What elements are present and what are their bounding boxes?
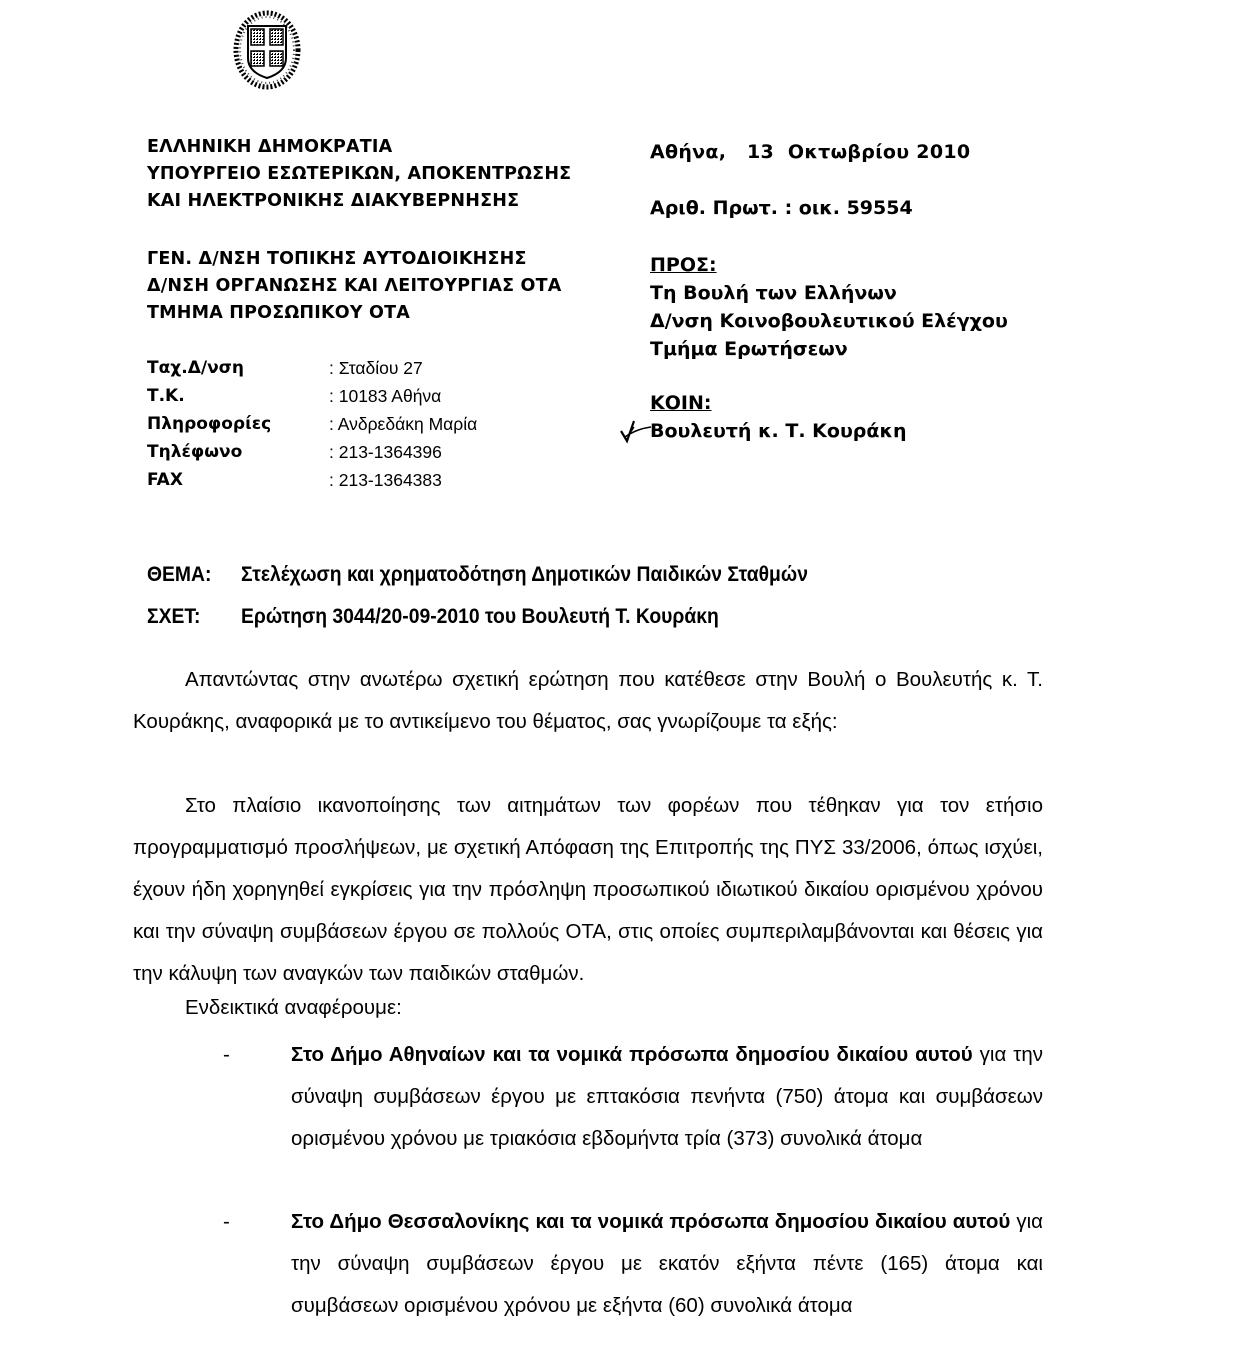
issuing-authority: ΕΛΛΗΝΙΚΗ ΔΗΜΟΚΡΑΤΙΑ ΥΠΟΥΡΓΕΙΟ ΕΣΩΤΕΡΙΚΩΝ…: [147, 134, 571, 215]
reference-value: Ερώτηση 3044/20-09-2010 του Βουλευτή Τ. …: [241, 596, 719, 638]
paragraph-text: Απαντώντας στην ανωτέρω σχετική ερώτηση …: [133, 659, 1043, 743]
contact-row-info: Πληροφορίες : Ανδρεδάκη Μαρία: [147, 410, 477, 438]
department-block: ΓΕΝ. Δ/ΝΣΗ ΤΟΠΙΚΗΣ ΑΥΤΟΔΙΟΙΚΗΣΗΣ Δ/ΝΣΗ Ο…: [147, 246, 561, 327]
recipient-block: ΠΡΟΣ: Τη Βουλή των Ελλήνων Δ/νση Κοινοβο…: [650, 251, 1008, 363]
list-item-bold: Στο Δήμο Θεσσαλονίκης και τα νομικά πρόσ…: [291, 1210, 1010, 1233]
bullet-dash: -: [223, 1201, 230, 1243]
recipient-label: ΠΡΟΣ:: [650, 251, 1008, 279]
cc-label: ΚΟΙΝ:: [650, 389, 906, 417]
paragraph-text: Ενδεικτικά αναφέρουμε:: [133, 987, 1043, 1029]
document-date: Αθήνα, 13 Οκτωβρίου 2010: [650, 141, 970, 163]
contact-label: Τηλέφωνο: [147, 438, 329, 466]
subject-theme: ΘΕΜΑ: Στελέχωση και χρηματοδότηση Δημοτι…: [147, 554, 857, 596]
contact-value: : Σταδίου 27: [329, 354, 423, 382]
body-paragraph-2: Στο πλαίσιο ικανοποίησης των αιτημάτων τ…: [133, 785, 1043, 995]
dept-line: Δ/ΝΣΗ ΟΡΓΑΝΩΣΗΣ ΚΑΙ ΛΕΙΤΟΥΡΓΙΑΣ ΟΤΑ: [147, 273, 561, 300]
contact-value: : Ανδρεδάκη Μαρία: [329, 410, 477, 438]
recipient-line: Δ/νση Κοινοβουλευτικού Ελέγχου: [650, 307, 1008, 335]
contact-label: Πληροφορίες: [147, 410, 329, 438]
list-item: - Στο Δήμο Αθηναίων και τα νομικά πρόσωπ…: [133, 1034, 1043, 1160]
list-item-text: Στο Δήμο Αθηναίων και τα νομικά πρόσωπα …: [291, 1034, 1043, 1160]
subject-block: ΘΕΜΑ: Στελέχωση και χρηματοδότηση Δημοτι…: [147, 554, 857, 638]
greek-coat-of-arms-icon: [232, 6, 302, 90]
contact-row-fax: FAX : 213-1364383: [147, 466, 477, 494]
dept-line: ΤΜΗΜΑ ΠΡΟΣΩΠΙΚΟΥ ΟΤΑ: [147, 300, 561, 327]
list-item-bold: Στο Δήμο Αθηναίων και τα νομικά πρόσωπα …: [291, 1043, 973, 1066]
list-item: - Στο Δήμο Θεσσαλονίκης και τα νομικά πρ…: [133, 1201, 1043, 1327]
list-item-text: Στο Δήμο Θεσσαλονίκης και τα νομικά πρόσ…: [291, 1201, 1043, 1327]
contact-details: Ταχ.Δ/νση : Σταδίου 27 Τ.Κ. : 10183 Αθήν…: [147, 354, 477, 494]
org-line: ΚΑΙ ΗΛΕΚΤΡΟΝΙΚΗΣ ΔΙΑΚΥΒΕΡΝΗΣΗΣ: [147, 188, 571, 215]
protocol-number: Αριθ. Πρωτ. : οικ. 59554: [650, 197, 913, 219]
subject-value: Στελέχωση και χρηματοδότηση Δημοτικών Πα…: [241, 554, 808, 596]
contact-label: FAX: [147, 466, 329, 494]
contact-label: Τ.Κ.: [147, 382, 329, 410]
contact-label: Ταχ.Δ/νση: [147, 354, 329, 382]
recipient-line: Τη Βουλή των Ελλήνων: [650, 279, 1008, 307]
contact-row-address: Ταχ.Δ/νση : Σταδίου 27: [147, 354, 477, 382]
org-line: ΥΠΟΥΡΓΕΙΟ ΕΣΩΤΕΡΙΚΩΝ, ΑΠΟΚΕΝΤΡΩΣΗΣ: [147, 161, 571, 188]
dept-line: ΓΕΝ. Δ/ΝΣΗ ΤΟΠΙΚΗΣ ΑΥΤΟΔΙΟΙΚΗΣΗΣ: [147, 246, 561, 273]
contact-value: : 10183 Αθήνα: [329, 382, 441, 410]
subject-reference: ΣΧΕΤ: Ερώτηση 3044/20-09-2010 του Βουλευ…: [147, 596, 857, 638]
contact-row-phone: Τηλέφωνο : 213-1364396: [147, 438, 477, 466]
paragraph-text: Στο πλαίσιο ικανοποίησης των αιτημάτων τ…: [133, 785, 1043, 995]
cc-block: ΚΟΙΝ: Βουλευτή κ. Τ. Κουράκη: [650, 389, 906, 445]
bullet-dash: -: [223, 1034, 230, 1076]
contact-row-postcode: Τ.Κ. : 10183 Αθήνα: [147, 382, 477, 410]
contact-value: : 213-1364383: [329, 466, 442, 494]
body-paragraph-3: Ενδεικτικά αναφέρουμε:: [133, 987, 1043, 1029]
org-line: ΕΛΛΗΝΙΚΗ ΔΗΜΟΚΡΑΤΙΑ: [147, 134, 571, 161]
body-paragraph-1: Απαντώντας στην ανωτέρω σχετική ερώτηση …: [133, 659, 1043, 743]
contact-value: : 213-1364396: [329, 438, 442, 466]
cc-line: Βουλευτή κ. Τ. Κουράκη: [650, 417, 906, 445]
handwritten-checkmark-icon: [618, 415, 652, 445]
subject-label: ΘΕΜΑ:: [147, 554, 233, 596]
reference-label: ΣΧΕΤ:: [147, 596, 233, 638]
recipient-line: Τμήμα Ερωτήσεων: [650, 335, 1008, 363]
